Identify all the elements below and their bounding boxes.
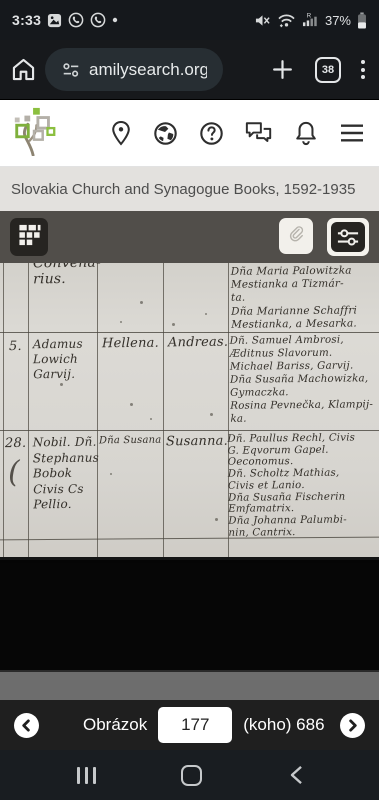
battery-icon <box>357 12 367 29</box>
viber-call-icon <box>68 12 84 28</box>
globe-icon[interactable] <box>153 121 178 146</box>
record-cell-witnesses: Dña Maria Palowitzka Mestianka a Tizmár-… <box>231 264 379 332</box>
grid-view-button[interactable] <box>10 218 48 256</box>
tab-switcher[interactable]: 38 <box>315 57 341 83</box>
signal-roaming-icon: R <box>302 12 319 28</box>
viber-call-icon <box>90 12 106 28</box>
address-bar[interactable]: amilysearch.org <box>45 48 223 91</box>
attachment-button[interactable] <box>279 218 313 254</box>
ink-speck <box>130 403 133 406</box>
attachment-icon <box>286 223 306 250</box>
record-number: 28. <box>5 436 26 451</box>
ink-speck <box>140 301 143 304</box>
viewer-scroll-strip[interactable] <box>0 670 379 700</box>
screenshot-image-icon <box>47 13 62 28</box>
table-line <box>163 263 164 560</box>
pager-total: (koho) 686 <box>243 715 324 735</box>
new-tab-icon[interactable] <box>270 57 295 82</box>
url-text: amilysearch.org <box>89 60 207 80</box>
back-button[interactable] <box>272 750 320 800</box>
site-header <box>0 100 379 167</box>
ink-speck <box>60 383 63 386</box>
grid-view-icon <box>18 224 41 251</box>
table-line <box>97 263 98 560</box>
help-icon[interactable] <box>199 121 224 146</box>
status-right: R 37% <box>254 12 367 29</box>
previous-image-button[interactable] <box>14 713 39 738</box>
messages-icon[interactable] <box>245 121 273 146</box>
ink-speck <box>172 323 175 326</box>
clock: 3:33 <box>12 12 41 28</box>
notifications-bell-icon[interactable] <box>294 120 318 146</box>
toolbar-right-group <box>279 218 369 256</box>
record-cell-child: Susanna. <box>166 434 228 450</box>
record-cell-father: Adamus Lowich Garvij. <box>33 337 83 383</box>
ink-speck <box>210 413 213 416</box>
record-cell-witnesses: Dñ. Paullus Rechl, Civis G. Eqvorum Gape… <box>227 432 378 539</box>
ink-speck <box>205 313 207 315</box>
site-settings-icon[interactable] <box>61 60 81 80</box>
mute-icon <box>254 13 271 28</box>
image-toolbar <box>0 211 379 263</box>
pager-center: Obrázok (koho) 686 <box>83 707 325 743</box>
wifi-calling-icon <box>277 13 296 28</box>
status-bar: 3:33 R 37% <box>0 0 379 40</box>
manuscript-image[interactable]: Convena- rius. Dña Maria Palowitzka Mest… <box>0 263 379 560</box>
record-number: 5. <box>9 339 22 354</box>
home-icon[interactable] <box>10 56 37 83</box>
table-line <box>28 263 29 560</box>
collection-title: Slovakia Church and Synagogue Books, 159… <box>0 167 379 211</box>
table-line <box>3 263 4 560</box>
image-pager: Obrázok (koho) 686 <box>0 700 379 750</box>
pager-label: Obrázok <box>83 715 147 735</box>
browser-toolbar: amilysearch.org 38 <box>0 40 379 99</box>
ink-speck <box>110 473 112 475</box>
next-image-button[interactable] <box>340 713 365 738</box>
ink-speck <box>215 518 218 521</box>
adjustments-icon <box>331 222 365 252</box>
header-icons <box>110 120 367 146</box>
home-button[interactable] <box>167 750 215 800</box>
record-cell-father: Nobil. Dñ. Stephanus Bobok Civis Cs Pell… <box>33 435 100 513</box>
location-pin-icon[interactable] <box>110 120 132 146</box>
battery-percent: 37% <box>325 13 351 28</box>
notification-dot <box>112 17 118 23</box>
browser-actions: 38 <box>270 57 369 83</box>
record-cell-mother: Dña Susana <box>99 435 162 447</box>
record-cell-mother: Hellena. <box>102 336 159 352</box>
record-cell-witnesses: Dñ. Samuel Ambrosi, Æditnus Slavorum. Mi… <box>230 333 379 426</box>
record-cell-father: Convena- rius. <box>33 263 101 287</box>
recent-apps-button[interactable] <box>62 750 110 800</box>
record-viewer: Convena- rius. Dña Maria Palowitzka Mest… <box>0 263 379 700</box>
table-line <box>0 430 379 431</box>
image-number-input[interactable] <box>158 707 232 743</box>
pen-flourish: ( <box>8 455 20 490</box>
record-cell-child: Andreas. <box>168 335 228 351</box>
viewer-background <box>0 563 379 670</box>
ink-speck <box>150 418 152 420</box>
android-navigation-bar <box>0 750 379 800</box>
adjustments-button[interactable] <box>327 218 369 256</box>
familysearch-logo[interactable] <box>12 106 58 161</box>
ink-speck <box>120 321 122 323</box>
menu-kebab-icon[interactable] <box>361 60 365 79</box>
menu-icon[interactable] <box>339 122 365 144</box>
phone-screen: 3:33 R 37% <box>0 0 379 800</box>
status-left: 3:33 <box>12 12 118 28</box>
home-button-icon <box>181 765 202 786</box>
